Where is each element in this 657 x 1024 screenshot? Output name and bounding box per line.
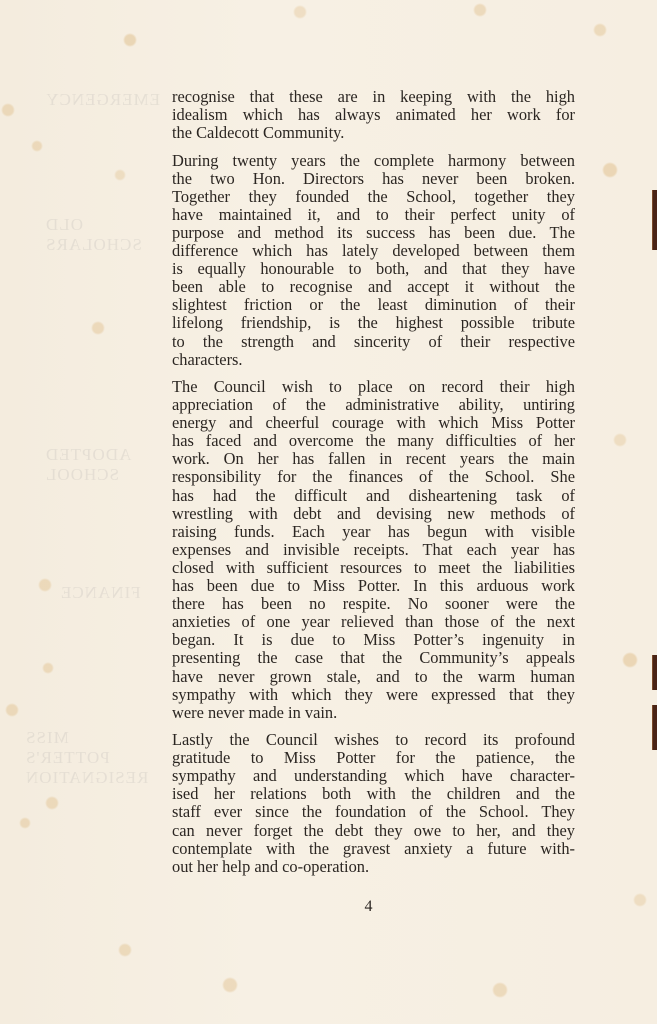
show-through-heading-4: FINANCE (60, 583, 160, 603)
text-line: has had the difficult and disheartening … (172, 487, 575, 505)
text-line: gratitude to Miss Potter for the patienc… (172, 749, 575, 767)
text-line: staff ever since the foundation of the S… (172, 803, 575, 821)
text-line: been able to recognise and accept it wit… (172, 278, 575, 296)
text-line: to the strength and sincerity of their r… (172, 333, 575, 351)
text-line: work. On her has fallen in recent years … (172, 450, 575, 468)
paragraph-2: During twenty years the complete harmony… (172, 152, 575, 369)
show-through-heading-5: MISS POTTER'S RESIGNATION (25, 728, 160, 788)
text-line: contemplate with the gravest anxiety a f… (172, 840, 575, 858)
text-line: energy and cheerful courage with which M… (172, 414, 575, 432)
text-line: closed with sufficient resources to meet… (172, 559, 575, 577)
show-through-heading-2: OLD SCHOLARS (45, 215, 160, 255)
text-line: presenting the case that the Community’s… (172, 649, 575, 667)
text-line: has been due to Miss Potter. In this ard… (172, 577, 575, 595)
text-line: began. It is due to Miss Potter’s ingenu… (172, 631, 575, 649)
text-line: The Council wish to place on record thei… (172, 378, 575, 396)
text-line: purpose and method its success has been … (172, 224, 575, 242)
paragraph-1: recognise that these are in keeping with… (172, 88, 575, 142)
text-line: can never forget the debt they owe to he… (172, 822, 575, 840)
page-number: 4 (0, 898, 657, 916)
text-line: is equally honourable to both, and that … (172, 260, 575, 278)
text-line: have never grown stale, and to the warm … (172, 668, 575, 686)
text-line: recognise that these are in keeping with… (172, 88, 575, 106)
text-line: appreciation of the administrative abili… (172, 396, 575, 414)
paragraph-3: The Council wish to place on record thei… (172, 378, 575, 722)
text-line: responsibility for the finances of the S… (172, 468, 575, 486)
text-line: wrestling with debt and devising new met… (172, 505, 575, 523)
text-line: have maintained it, and to their perfect… (172, 206, 575, 224)
paragraph-4: Lastly the Council wishes to record its … (172, 731, 575, 876)
text-line: idealism which has always animated her w… (172, 106, 575, 124)
text-line: characters. (172, 351, 575, 369)
text-line: anxieties of one year relieved than thos… (172, 613, 575, 631)
text-line: Together they founded the School, togeth… (172, 188, 575, 206)
text-line: lifelong friendship, is the highest poss… (172, 314, 575, 332)
binding-edge-mark-top (652, 190, 657, 250)
text-line: During twenty years the complete harmony… (172, 152, 575, 170)
text-line: has faced and overcome the many difficul… (172, 432, 575, 450)
text-line: raising funds. Each year has begun with … (172, 523, 575, 541)
show-through-heading-3: ADOPTED SCHOOL (45, 445, 160, 485)
text-line: out her help and co-operation. (172, 858, 575, 876)
body-text: recognise that these are in keeping with… (172, 88, 575, 885)
text-line: difference which has lately developed be… (172, 242, 575, 260)
text-line: there has been no respite. No sooner wer… (172, 595, 575, 613)
text-line: sympathy and understanding which have ch… (172, 767, 575, 785)
text-line: the Caldecott Community. (172, 124, 575, 142)
text-line: ised her relations both with the childre… (172, 785, 575, 803)
binding-edge-mark-lower-bottom (652, 705, 657, 750)
text-line: Lastly the Council wishes to record its … (172, 731, 575, 749)
text-line: expenses and invisible receipts. That ea… (172, 541, 575, 559)
scanned-page: EMERGENCY OLD SCHOLARS ADOPTED SCHOOL FI… (0, 0, 657, 1024)
show-through-heading-1: EMERGENCY (50, 90, 160, 110)
text-line: sympathy with which they were expressed … (172, 686, 575, 704)
binding-edge-mark-upper-bottom (652, 655, 657, 690)
text-line: the two Hon. Directors has never been br… (172, 170, 575, 188)
text-line: were never made in vain. (172, 704, 575, 722)
text-line: slightest friction or the least diminuti… (172, 296, 575, 314)
